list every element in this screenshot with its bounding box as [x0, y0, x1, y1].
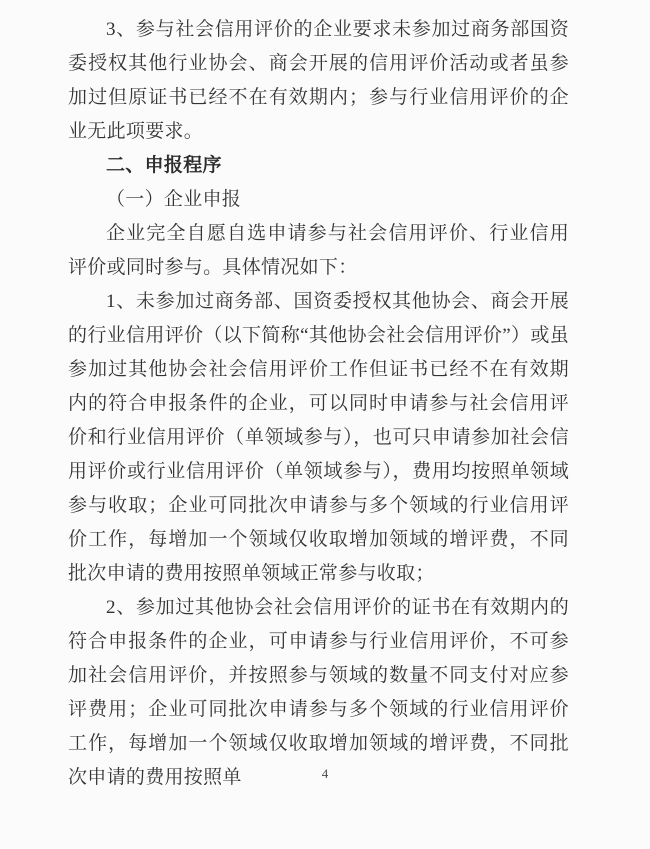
paragraph-item-2: 2、参加过其他协会社会信用评价的证书在有效期内的符合申报条件的企业，可申请参与行…: [68, 591, 569, 795]
paragraph-intro: 企业完全自愿自选申请参与社会信用评价、行业信用评价或同时参与。具体情况如下：: [68, 217, 569, 285]
subsection-heading-1: （一）企业申报: [68, 183, 569, 217]
paragraph-item-3: 3、参与社会信用评价的企业要求未参加过商务部国资委授权其他行业协会、商会开展的信…: [68, 13, 569, 149]
section-heading-2: 二、申报程序: [68, 149, 569, 183]
paragraph-item-1: 1、未参加过商务部、国资委授权其他协会、商会开展的行业信用评价（以下简称“其他协…: [68, 285, 569, 591]
document-page: 3、参与社会信用评价的企业要求未参加过商务部国资委授权其他行业协会、商会开展的信…: [0, 0, 650, 849]
page-number: 4: [0, 766, 650, 782]
document-body: 3、参与社会信用评价的企业要求未参加过商务部国资委授权其他行业协会、商会开展的信…: [68, 13, 569, 795]
